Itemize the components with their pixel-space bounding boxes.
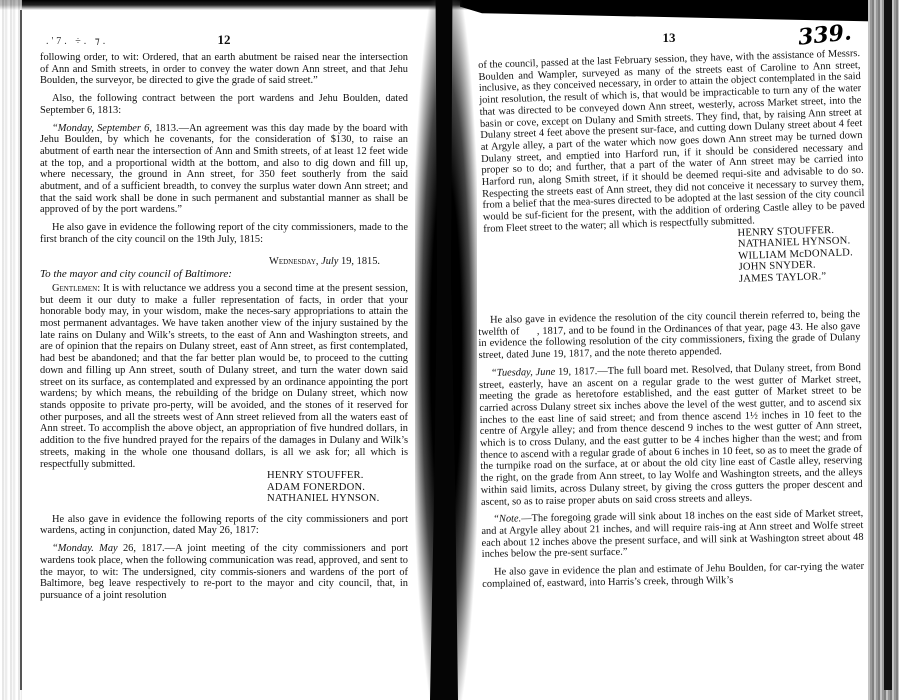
salutation: To the mayor and city council of Baltimo…: [40, 269, 408, 281]
signature: HENRY STOUFFER.: [40, 470, 408, 482]
dateline-day: Wednesday,: [269, 256, 318, 267]
book-cover-right-edge: [884, 0, 892, 690]
right-page-body-top: of the council, passed at the last Febru…: [478, 48, 867, 293]
right-page: 13 339. of the council, passed at the la…: [478, 26, 860, 591]
paragraph: “Monday. May 26, 1817.—A joint meeting o…: [40, 543, 408, 602]
note-lead: “Note.: [493, 514, 521, 525]
paragraph: of the council, passed at the last Febru…: [478, 48, 865, 235]
left-page: .'7. ÷. ⁊. 12 following order, to wit: O…: [40, 28, 408, 602]
salutation-lead: Gentlemen:: [52, 283, 100, 294]
dateline-month: July: [321, 256, 338, 267]
page-stack-left-line: [20, 10, 22, 690]
entry-text: 19, 1817.—The full board met. Resolved, …: [479, 362, 863, 508]
note-text: —The foregoing grade will sink about 18 …: [481, 508, 863, 560]
paragraph: “Note.—The foregoing grade will sink abo…: [481, 508, 864, 561]
left-page-body: following order, to wit: Ordered, that a…: [40, 52, 408, 602]
paragraph: He also gave in evidence the resolution …: [478, 309, 861, 362]
paragraph: He also gave in evidence the following r…: [40, 514, 408, 537]
entry-date: “Monday, September 6,: [52, 123, 152, 134]
page-stack-left-edge: [0, 0, 22, 700]
dateline-rest: 19, 1815.: [341, 256, 380, 267]
paragraph: following order, to wit: Ordered, that a…: [40, 52, 408, 87]
paragraph: He also gave in evidence the plan and es…: [482, 561, 864, 590]
letter-text: It is with reluctance we address you a s…: [40, 283, 408, 470]
signature: NATHANIEL HYNSON.: [40, 493, 408, 505]
paragraph: “Tuesday, June 19, 1817.—The full board …: [479, 362, 863, 508]
entry-date: “Monday. May: [52, 543, 118, 554]
right-page-body-bottom: He also gave in evidence the resolution …: [478, 309, 864, 590]
entry-text: 1813.—An agreement was this day made by …: [40, 123, 408, 216]
book-top-edge-shadow-right: [460, 0, 899, 22]
signature: ADAM FONERDON.: [40, 482, 408, 494]
paragraph: Also, the following contract between the…: [40, 93, 408, 116]
paragraph: He also gave in evidence the following r…: [40, 222, 408, 245]
entry-date: “Tuesday, June: [491, 367, 555, 379]
paragraph: “Monday, September 6, 1813.—An agreement…: [40, 123, 408, 217]
paragraph: Gentlemen: It is with reluctance we addr…: [40, 283, 408, 470]
marginal-scribble: .'7. ÷. ⁊.: [46, 36, 108, 47]
dateline: Wednesday, July 19, 1815.: [40, 256, 408, 268]
